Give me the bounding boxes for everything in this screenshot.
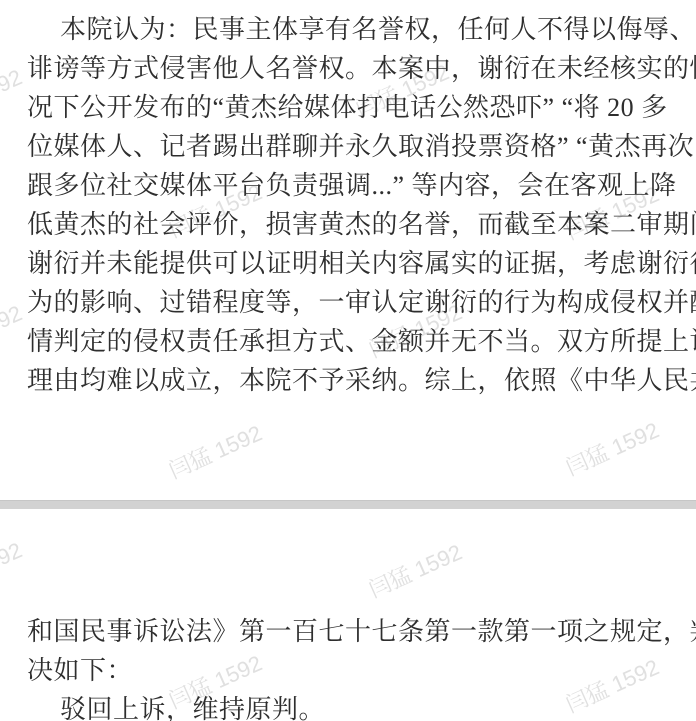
text-line: 谢衍并未能提供可以证明相关内容属实的证据，考虑谢衍行 — [27, 244, 670, 283]
watermark-text: 闫猛 1592 — [0, 534, 27, 603]
watermark-text: 闫猛 1592 — [363, 536, 466, 605]
judgment-reasoning-paragraph: 本院认为：民事主体享有名誉权，任何人不得以侮辱、诽谤等方式侵害他人名誉权。本案中… — [0, 10, 696, 400]
text-line: 驳回上诉，维持原判。 — [27, 690, 670, 721]
text-line: 位媒体人、记者踢出群聊并永久取消投票资格” “黄杰再次 — [27, 127, 670, 166]
text-line: 诽谤等方式侵害他人名誉权。本案中，谢衍在未经核实的情 — [27, 49, 670, 88]
watermark-text: 闫猛 1592 — [163, 417, 266, 486]
page-2: 和国民事诉讼法》第一百七十七条第一款第一项之规定，判决如下：驳回上诉，维持原判。 — [0, 612, 696, 721]
text-line: 理由均难以成立，本院不予采纳。综上，依照《中华人民共 — [27, 361, 670, 400]
page-divider — [0, 500, 696, 509]
text-line: 况下公开发布的“黄杰给媒体打电话公然恐吓” “将 20 多 — [27, 88, 670, 127]
text-line: 低黄杰的社会评价，损害黄杰的名誉，而截至本案二审期间， — [27, 205, 670, 244]
page-1: 本院认为：民事主体享有名誉权，任何人不得以侮辱、诽谤等方式侵害他人名誉权。本案中… — [0, 10, 696, 400]
text-line: 本院认为：民事主体享有名誉权，任何人不得以侮辱、 — [27, 10, 670, 49]
text-line: 跟多位社交媒体平台负责强调...” 等内容，会在客观上降 — [27, 166, 670, 205]
text-line: 为的影响、过错程度等，一审认定谢衍的行为构成侵权并酌 — [27, 283, 670, 322]
watermark-text: 闫猛 1592 — [560, 414, 663, 483]
text-line: 情判定的侵权责任承担方式、金额并无不当。双方所提上诉 — [27, 322, 670, 361]
text-line: 决如下： — [27, 651, 670, 690]
text-line: 和国民事诉讼法》第一百七十七条第一款第一项之规定，判 — [27, 612, 670, 651]
document-viewer: 闫猛 1592闫猛 1592闫猛 1592闫猛 1592闫猛 1592闫猛 15… — [0, 0, 696, 721]
judgment-ruling-paragraph: 和国民事诉讼法》第一百七十七条第一款第一项之规定，判决如下：驳回上诉，维持原判。 — [0, 612, 696, 721]
